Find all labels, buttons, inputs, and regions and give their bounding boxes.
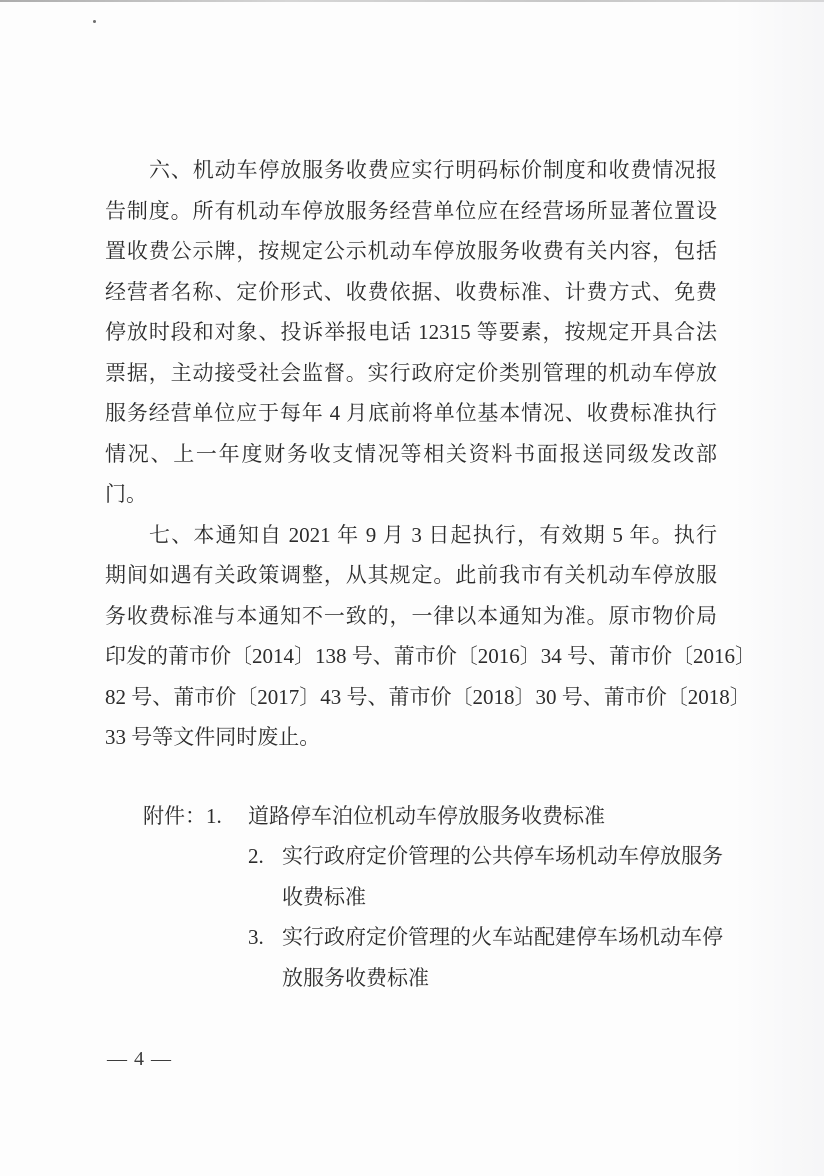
text-line: 七、本通知自 2021 年 9 月 3 日起执行，有效期 5 年。执行	[105, 515, 717, 556]
scan-speck-dot	[93, 20, 96, 23]
attachment-line: 实行政府定价管理的火车站配建停车场机动车停	[282, 925, 723, 949]
attachment-line: 放服务收费标准	[282, 966, 429, 990]
attachment-row: 放服务收费标准	[105, 958, 717, 999]
attachments-block: 附件：1.道路停车泊位机动车停放服务收费标准2.实行政府定价管理的公共停车场机动…	[105, 796, 717, 999]
attachment-row: 附件：1.道路停车泊位机动车停放服务收费标准	[105, 796, 717, 837]
text-line: 告制度。所有机动车停放服务经营单位应在经营场所显著位置设	[105, 191, 717, 232]
text-line: 情况、上一年度财务收支情况等相关资料书面报送同级发改部	[105, 434, 717, 475]
scan-edge-line	[0, 0, 824, 2]
text-line: 门。	[105, 474, 717, 515]
body-paragraphs: 六、机动车停放服务收费应实行明码标价制度和收费情况报告制度。所有机动车停放服务经…	[105, 150, 717, 758]
attachments-label: 附件：	[143, 796, 206, 837]
text-line: 经营者名称、定价形式、收费依据、收费标准、计费方式、免费	[105, 272, 717, 313]
text-line: 服务经营单位应于每年 4 月底前将单位基本情况、收费标准执行	[105, 393, 717, 434]
attachment-item-number: 1.	[206, 796, 248, 837]
attachment-row: 3.实行政府定价管理的火车站配建停车场机动车停	[105, 917, 717, 958]
page-number: — 4 —	[107, 1048, 172, 1071]
attachment-item-number: 3.	[248, 917, 282, 958]
text-line: 务收费标准与本通知不一致的，一律以本通知为准。原市物价局	[105, 596, 717, 637]
text-line: 期间如遇有关政策调整，从其规定。此前我市有关机动车停放服	[105, 555, 717, 596]
attachment-line: 收费标准	[282, 885, 366, 909]
text-line: 票据，主动接受社会监督。实行政府定价类别管理的机动车停放	[105, 353, 717, 394]
paragraph-item-7: 七、本通知自 2021 年 9 月 3 日起执行，有效期 5 年。执行期间如遇有…	[105, 515, 717, 758]
scan-shading	[734, 0, 824, 1176]
text-line: 33 号等文件同时废止。	[105, 717, 717, 758]
attachment-item-number: 2.	[248, 836, 282, 877]
text-line: 82 号、莆市价〔2017〕43 号、莆市价〔2018〕30 号、莆市价〔201…	[105, 677, 717, 718]
attachment-row: 2.实行政府定价管理的公共停车场机动车停放服务	[105, 836, 717, 877]
text-line: 六、机动车停放服务收费应实行明码标价制度和收费情况报	[105, 150, 717, 191]
document-page: 六、机动车停放服务收费应实行明码标价制度和收费情况报告制度。所有机动车停放服务经…	[0, 0, 824, 1176]
attachment-line: 实行政府定价管理的公共停车场机动车停放服务	[282, 844, 723, 868]
text-line: 印发的莆市价〔2014〕138 号、莆市价〔2016〕34 号、莆市价〔2016…	[105, 636, 717, 677]
attachment-row: 收费标准	[105, 877, 717, 918]
paragraph-item-6: 六、机动车停放服务收费应实行明码标价制度和收费情况报告制度。所有机动车停放服务经…	[105, 150, 717, 515]
page-content: 六、机动车停放服务收费应实行明码标价制度和收费情况报告制度。所有机动车停放服务经…	[105, 150, 717, 998]
text-line: 置收费公示牌，按规定公示机动车停放服务收费有关内容，包括	[105, 231, 717, 272]
text-line: 停放时段和对象、投诉举报电话 12315 等要素，按规定开具合法	[105, 312, 717, 353]
attachment-line: 道路停车泊位机动车停放服务收费标准	[248, 804, 605, 828]
